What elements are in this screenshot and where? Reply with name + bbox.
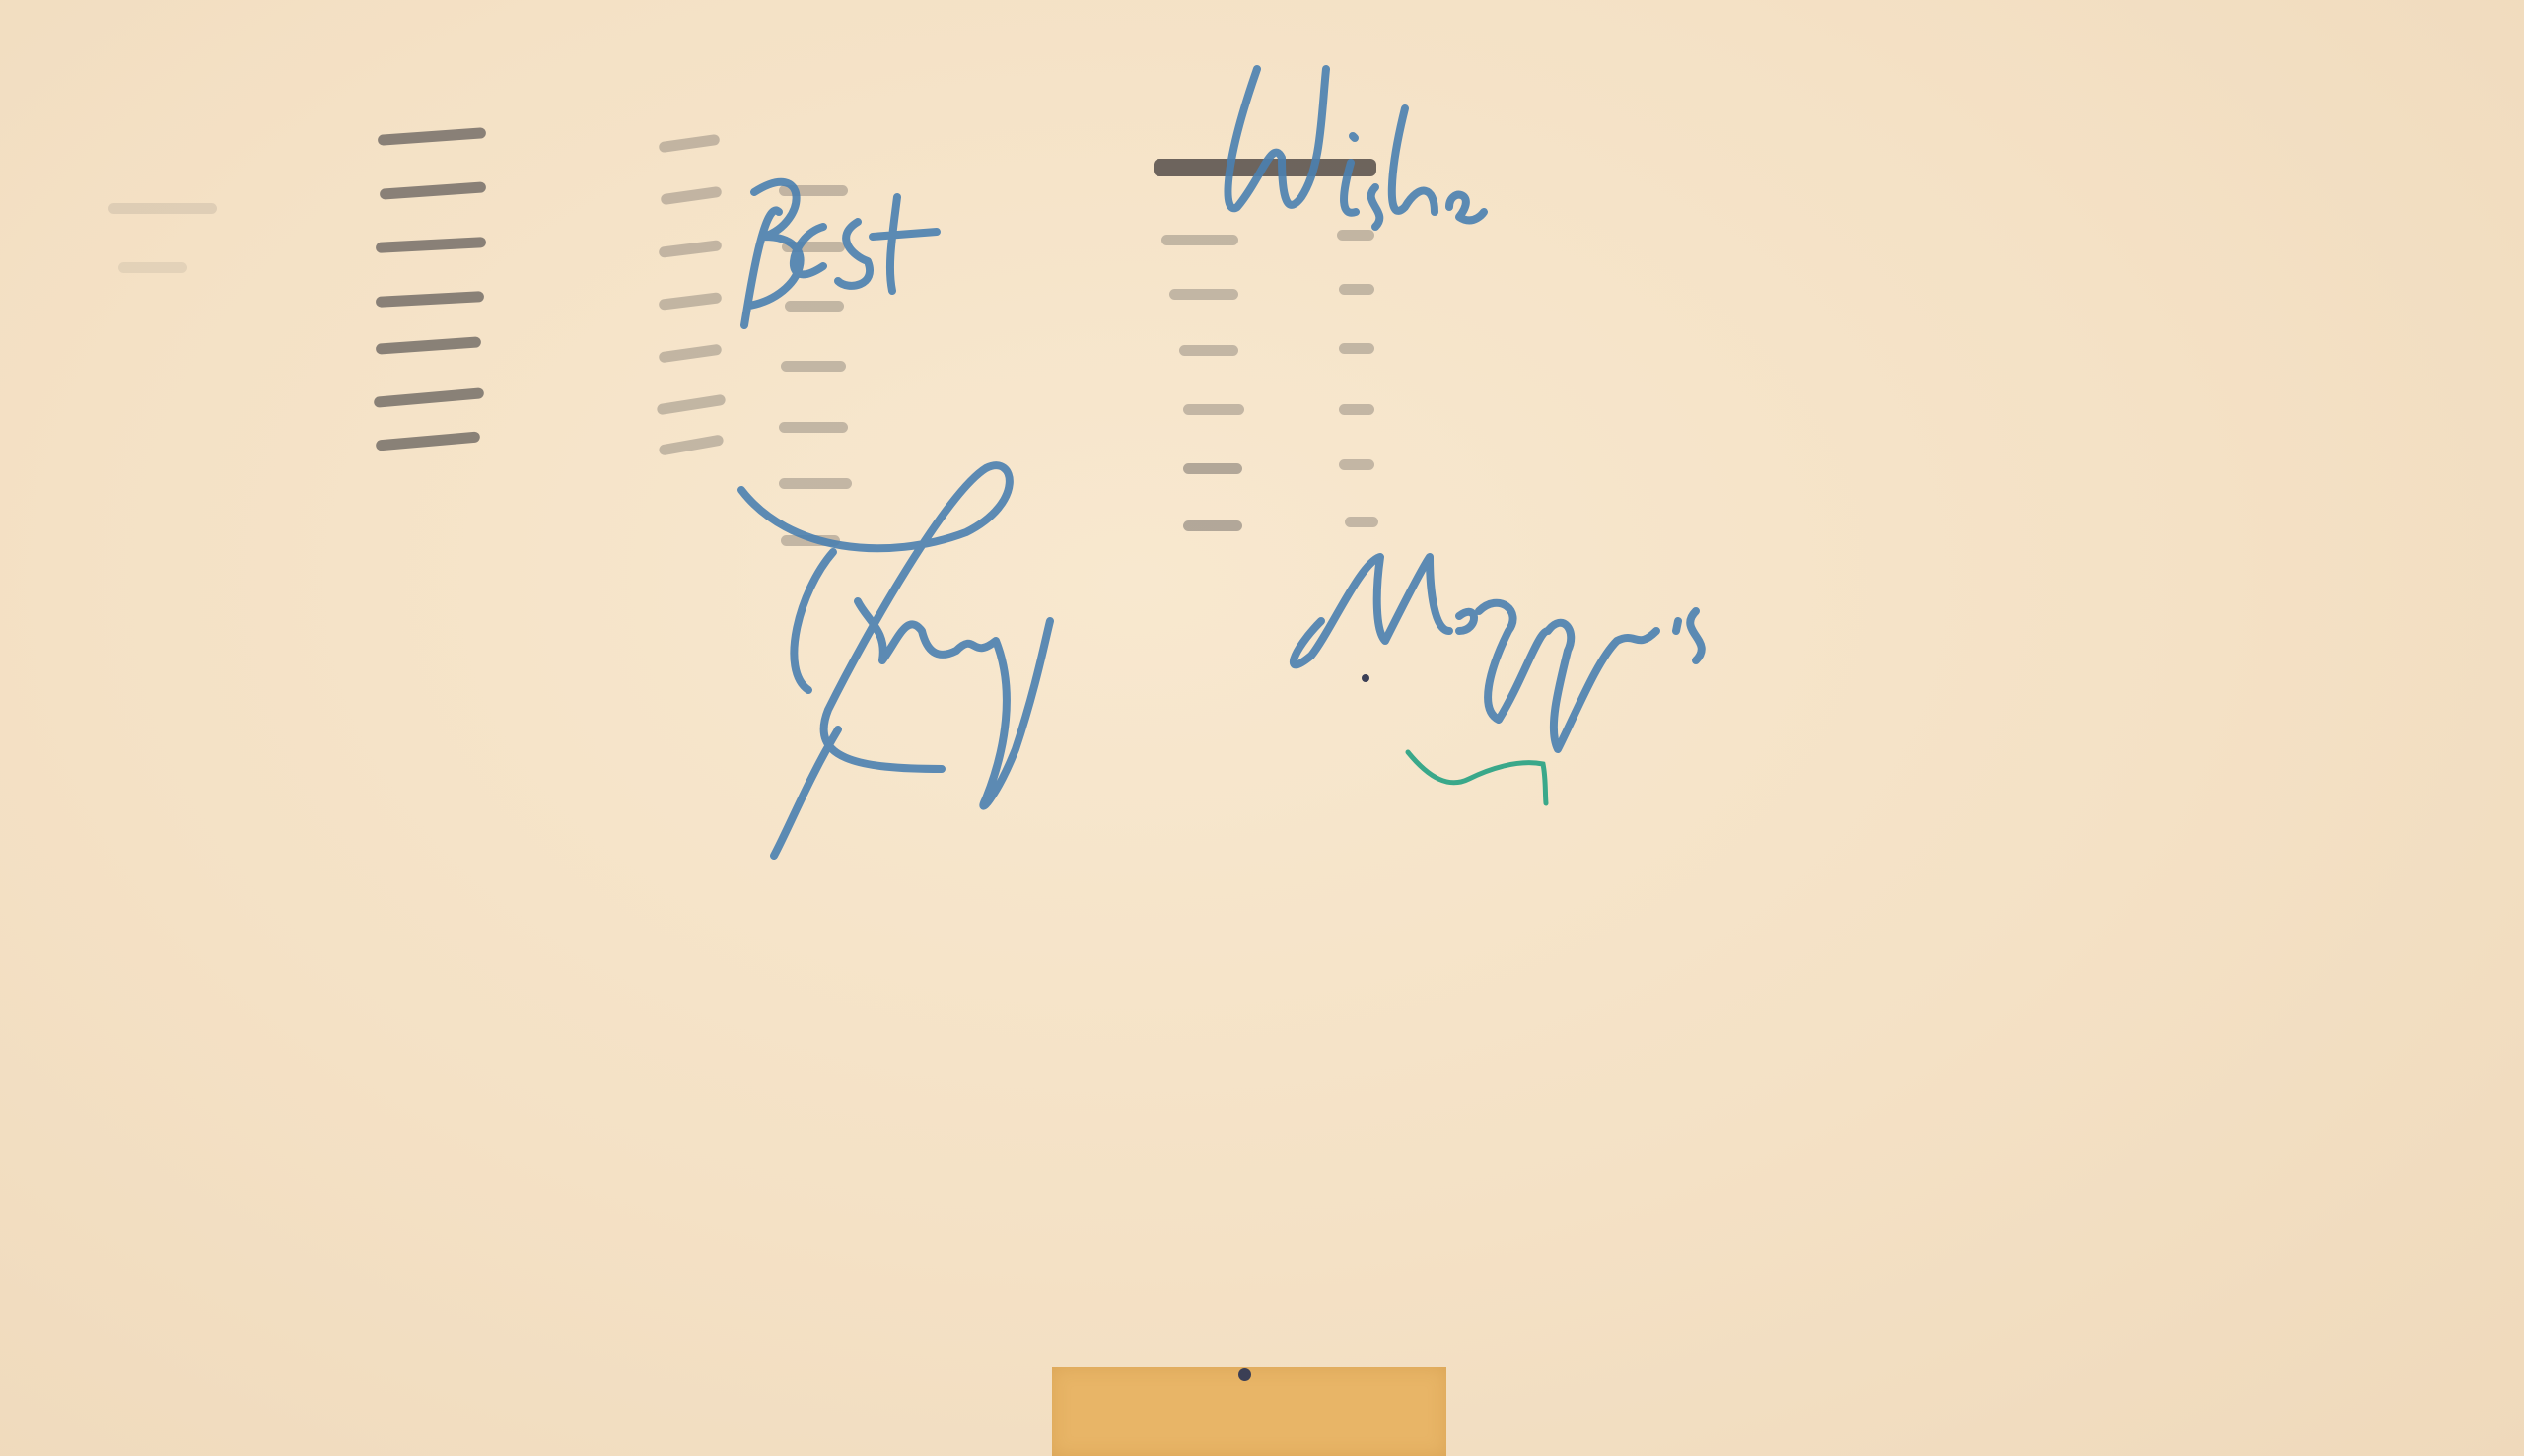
green-pen-mark — [1408, 752, 1546, 803]
pin-hole — [1238, 1368, 1251, 1381]
mounting-tape — [1052, 1367, 1446, 1456]
ink-dot — [1362, 674, 1369, 682]
signature-first — [741, 465, 1050, 856]
greeting-best — [744, 182, 937, 325]
postal-card: Best Wishes Terry McGinnis — [0, 0, 2524, 1456]
signature-last — [1294, 557, 1702, 749]
greeting-wishes — [1227, 69, 1484, 227]
handwritten-inscription — [0, 0, 2524, 1456]
